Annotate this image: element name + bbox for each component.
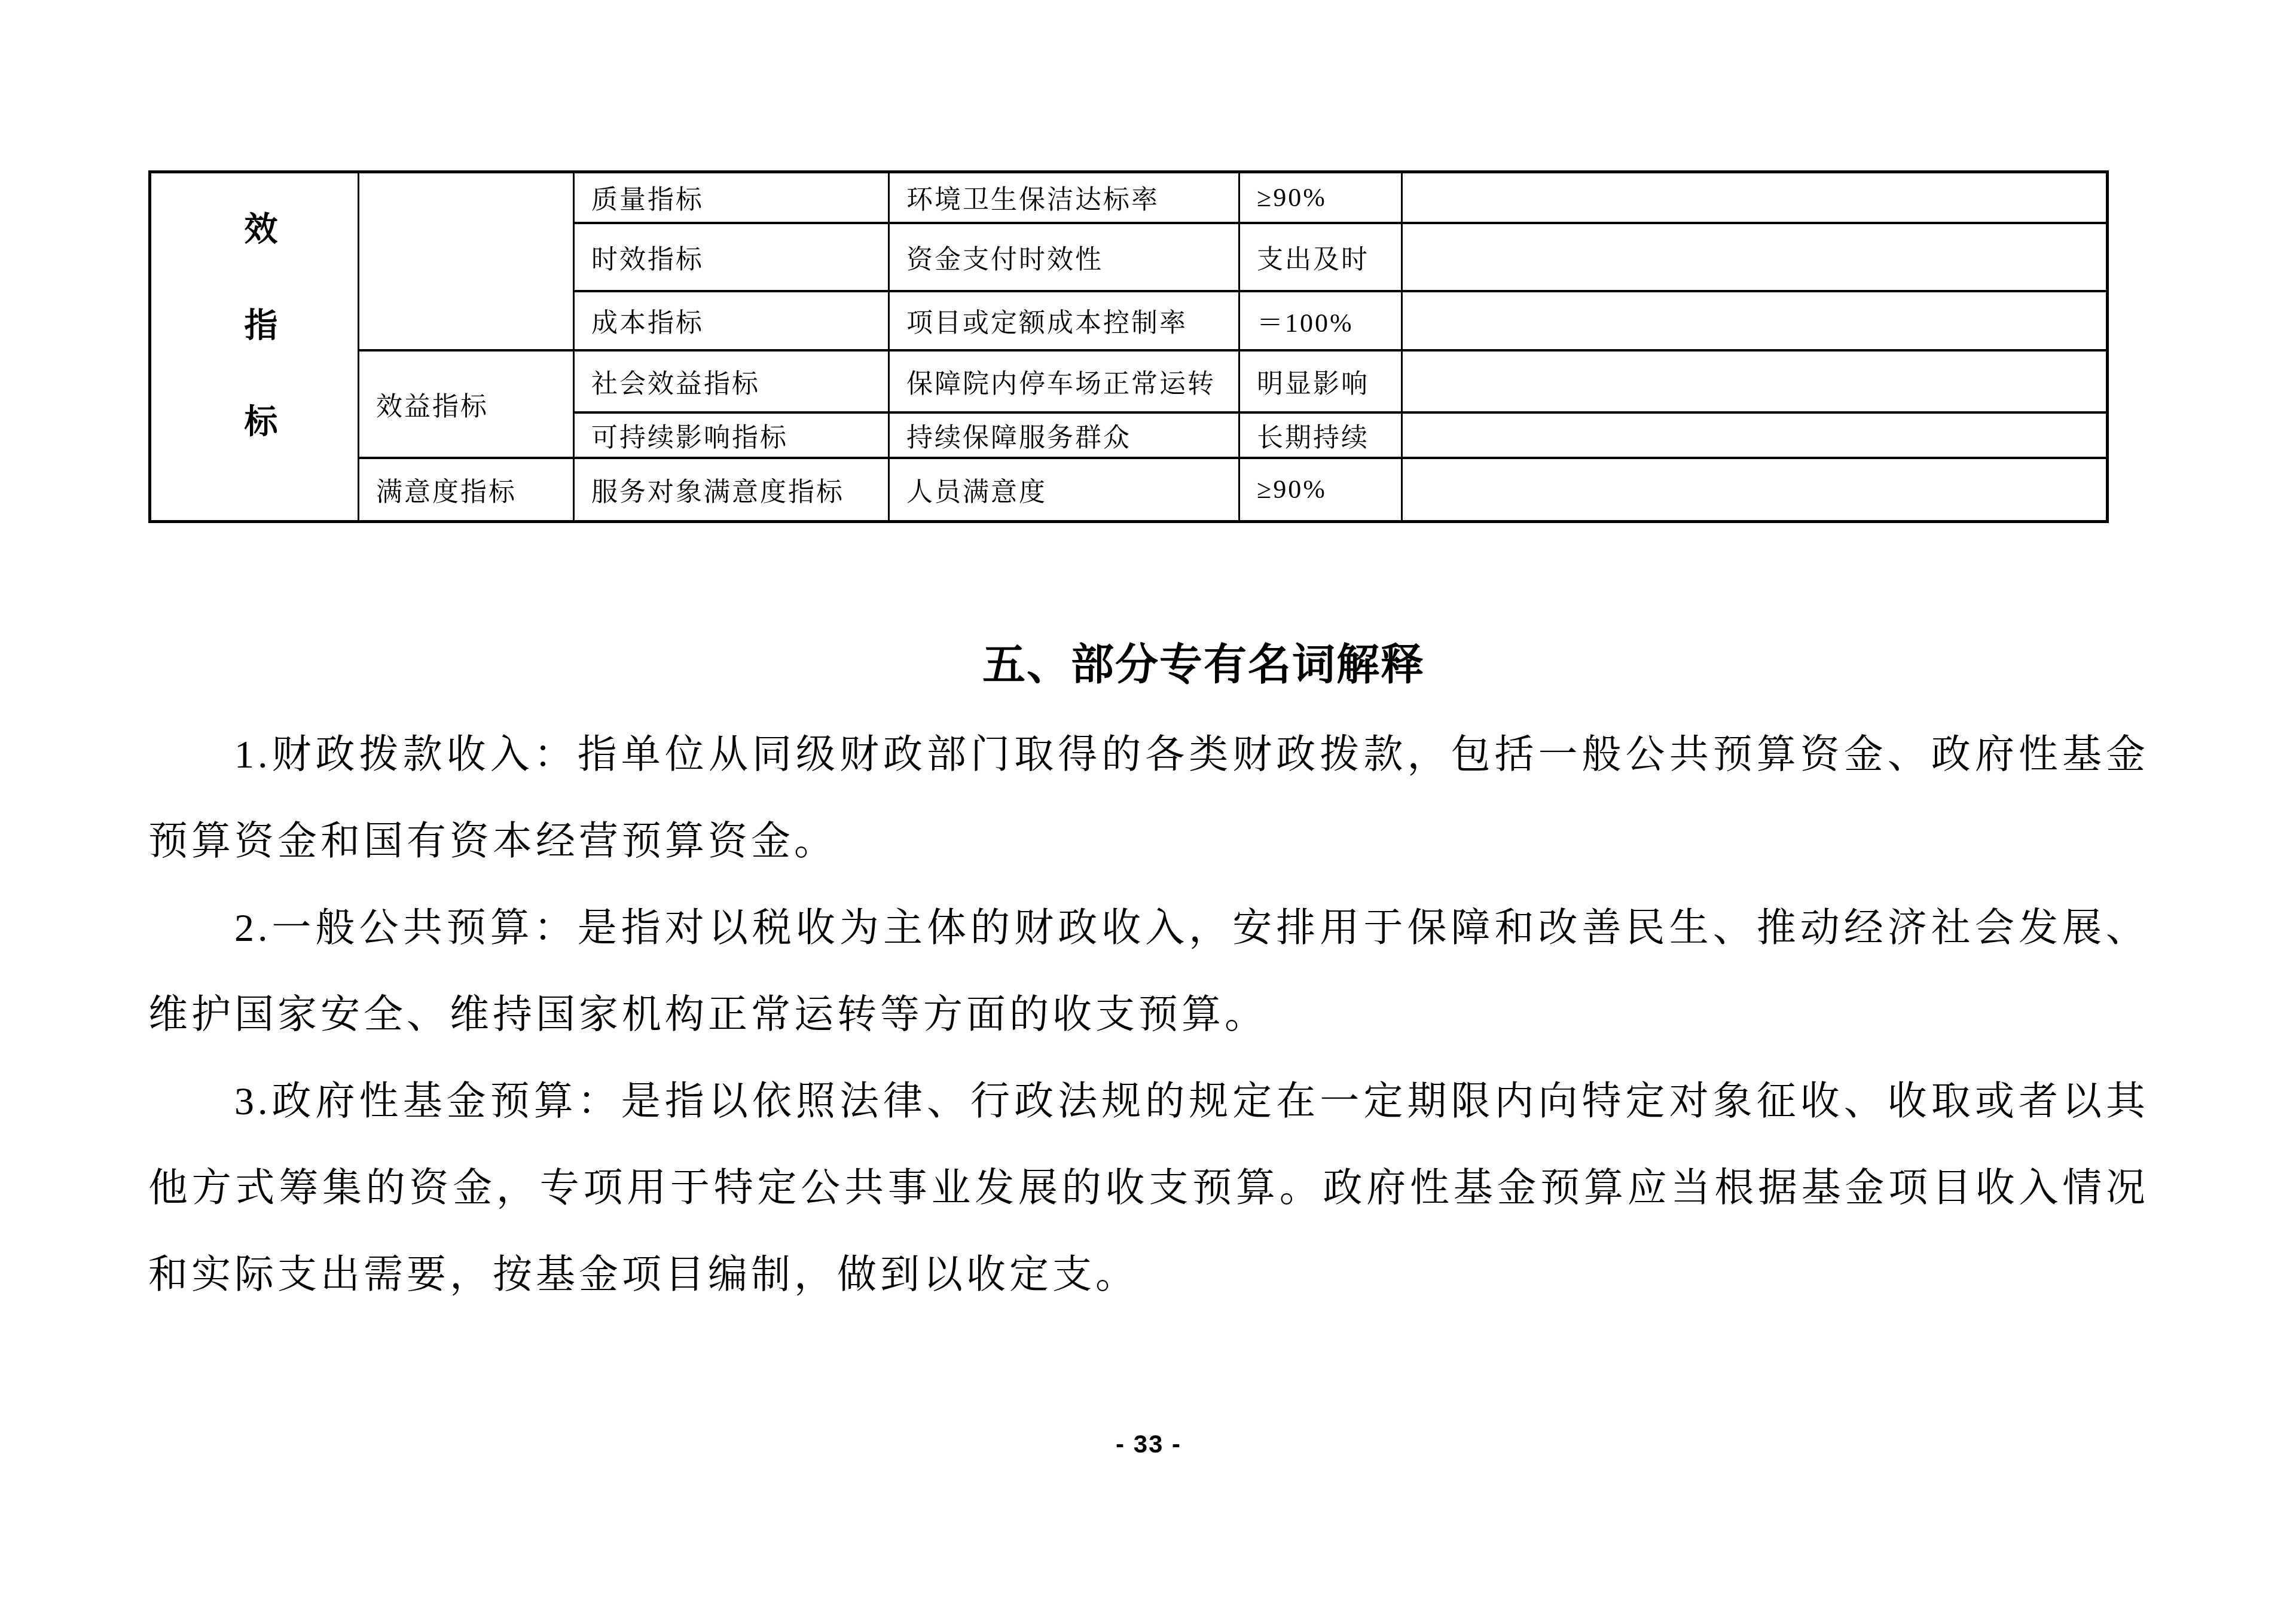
- table-cell-group-blank: [359, 172, 574, 350]
- table-cell-indicator-type: 社会效益指标: [574, 350, 889, 412]
- page-number: - 33 -: [148, 1430, 2149, 1459]
- table-cell-indicator-type: 可持续影响指标: [574, 412, 889, 458]
- table-cell-indicator-value: ≥90%: [1239, 172, 1402, 223]
- table-cell-indicator-type: 成本指标: [574, 291, 889, 350]
- category-char: 效: [245, 213, 278, 246]
- document-page: 效 指 标 质量指标 环境卫生保洁达标率 ≥90% 时效指标 资金支付时效性 支…: [0, 0, 2296, 1623]
- table-row: 效 指 标 质量指标 环境卫生保洁达标率 ≥90%: [150, 172, 2108, 223]
- table-row: 效益指标 社会效益指标 保障院内停车场正常运转 明显影响: [150, 350, 2108, 412]
- table-cell-indicator-value: ＝100%: [1239, 291, 1402, 350]
- paragraph-line: 1.财政拨款收入：指单位从同级财政部门取得的各类财政拨款，包括一般公共预算资金、…: [148, 711, 2149, 798]
- table-cell-note-empty: [1402, 172, 2108, 223]
- table-cell-indicator-type: 服务对象满意度指标: [574, 458, 889, 522]
- table-cell-indicator-value: 支出及时: [1239, 223, 1402, 291]
- performance-indicator-table: 效 指 标 质量指标 环境卫生保洁达标率 ≥90% 时效指标 资金支付时效性 支…: [148, 170, 2109, 523]
- definitions-section: 1.财政拨款收入：指单位从同级财政部门取得的各类财政拨款，包括一般公共预算资金、…: [148, 711, 2149, 1318]
- table-cell-indicator-name: 持续保障服务群众: [889, 412, 1239, 458]
- table-cell-indicator-name: 资金支付时效性: [889, 223, 1239, 291]
- section-title: 五、部分专有名词解释: [148, 637, 2149, 692]
- table-cell-group-benefit: 效益指标: [359, 350, 574, 458]
- table-cell-indicator-name: 环境卫生保洁达标率: [889, 172, 1239, 223]
- table-cell-indicator-name: 保障院内停车场正常运转: [889, 350, 1239, 412]
- table-cell-indicator-name: 人员满意度: [889, 458, 1239, 522]
- paragraph-line: 3.政府性基金预算：是指以依照法律、行政法规的规定在一定期限内向特定对象征收、收…: [148, 1058, 2149, 1145]
- table-cell-indicator-value: 长期持续: [1239, 412, 1402, 458]
- table-cell-note-empty: [1402, 412, 2108, 458]
- paragraph-line: 2.一般公共预算：是指对以税收为主体的财政收入，安排用于保障和改善民生、推动经济…: [148, 885, 2149, 971]
- table-cell-note-empty: [1402, 350, 2108, 412]
- paragraph-line: 预算资金和国有资本经营预算资金。: [148, 798, 2149, 885]
- paragraph-line: 维护国家安全、维持国家机构正常运转等方面的收支预算。: [148, 971, 2149, 1058]
- table-cell-note-empty: [1402, 223, 2108, 291]
- table-cell-indicator-type: 质量指标: [574, 172, 889, 223]
- table-cell-indicator-value: ≥90%: [1239, 458, 1402, 522]
- table-cell-indicator-type: 时效指标: [574, 223, 889, 291]
- category-label: 效 指 标: [168, 213, 354, 481]
- paragraph-line: 和实际支出需要，按基金项目编制，做到以收定支。: [148, 1231, 2149, 1318]
- table-cell-indicator-value: 明显影响: [1239, 350, 1402, 412]
- table-cell-indicator-name: 项目或定额成本控制率: [889, 291, 1239, 350]
- table-cell-note-empty: [1402, 458, 2108, 522]
- category-char: 标: [245, 405, 278, 439]
- category-char: 指: [245, 309, 278, 343]
- table-cell-group-satisfaction: 满意度指标: [359, 458, 574, 522]
- table-row: 满意度指标 服务对象满意度指标 人员满意度 ≥90%: [150, 458, 2108, 522]
- paragraph-line: 他方式筹集的资金，专项用于特定公共事业发展的收支预算。政府性基金预算应当根据基金…: [148, 1145, 2149, 1231]
- table-cell-note-empty: [1402, 291, 2108, 350]
- table-cell-category: 效 指 标: [150, 172, 359, 522]
